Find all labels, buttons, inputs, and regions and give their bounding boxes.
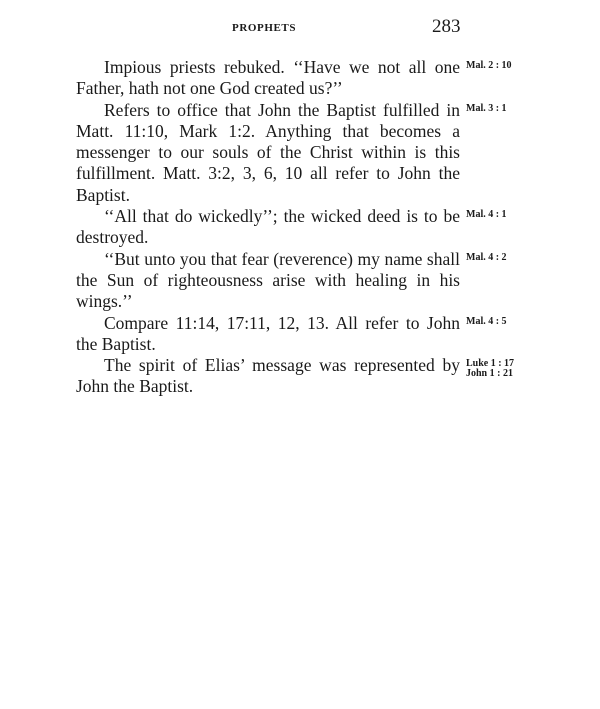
margin-reference: Mal. 3 : 1 (466, 104, 507, 114)
paragraph: Refers to office that John the Baptist f… (76, 100, 460, 206)
paragraph: Compare 11:14, 17:11, 12, 13. All refer … (76, 313, 460, 356)
paragraph: ‘‘But unto you that fear (reverence) my … (76, 249, 460, 313)
scripture-ref: Mal. 3 : 1 (466, 104, 507, 114)
page-number: 283 (432, 16, 461, 38)
scripture-ref: Mal. 4 : 1 (466, 210, 507, 220)
scripture-ref: Mal. 4 : 5 (466, 317, 507, 327)
paragraph: ‘‘All that do wickedly’’; the wicked dee… (76, 206, 460, 249)
scripture-ref: Mal. 2 : 10 (466, 61, 512, 71)
margin-reference: Mal. 4 : 1 (466, 210, 507, 220)
paragraph-text: The spirit of Elias’ message was represe… (76, 355, 460, 396)
paragraph-text: Compare 11:14, 17:11, 12, 13. All refer … (76, 313, 460, 354)
paragraph: Impious priests rebuked. ‘‘Have we not a… (76, 57, 460, 100)
margin-reference: Mal. 4 : 5 (466, 317, 507, 327)
paragraph-text: ‘‘But unto you that fear (reverence) my … (76, 249, 460, 312)
paragraph: The spirit of Elias’ message was represe… (76, 355, 460, 398)
margin-reference: Mal. 4 : 2 (466, 253, 507, 263)
scripture-ref: Mal. 4 : 2 (466, 253, 507, 263)
margin-reference: Mal. 2 : 10 (466, 61, 512, 71)
scripture-ref: John 1 : 21 (466, 369, 514, 379)
page-header: PROPHETS 283 (0, 16, 600, 40)
margin-reference: Luke 1 : 17 John 1 : 21 (466, 359, 514, 379)
paragraph-text: Impious priests rebuked. ‘‘Have we not a… (76, 57, 460, 98)
paragraph-text: Refers to office that John the Baptist f… (76, 100, 460, 205)
page-body: Impious priests rebuked. ‘‘Have we not a… (76, 57, 460, 398)
running-head: PROPHETS (232, 22, 296, 34)
paragraph-text: ‘‘All that do wickedly’’; the wicked dee… (76, 206, 460, 247)
